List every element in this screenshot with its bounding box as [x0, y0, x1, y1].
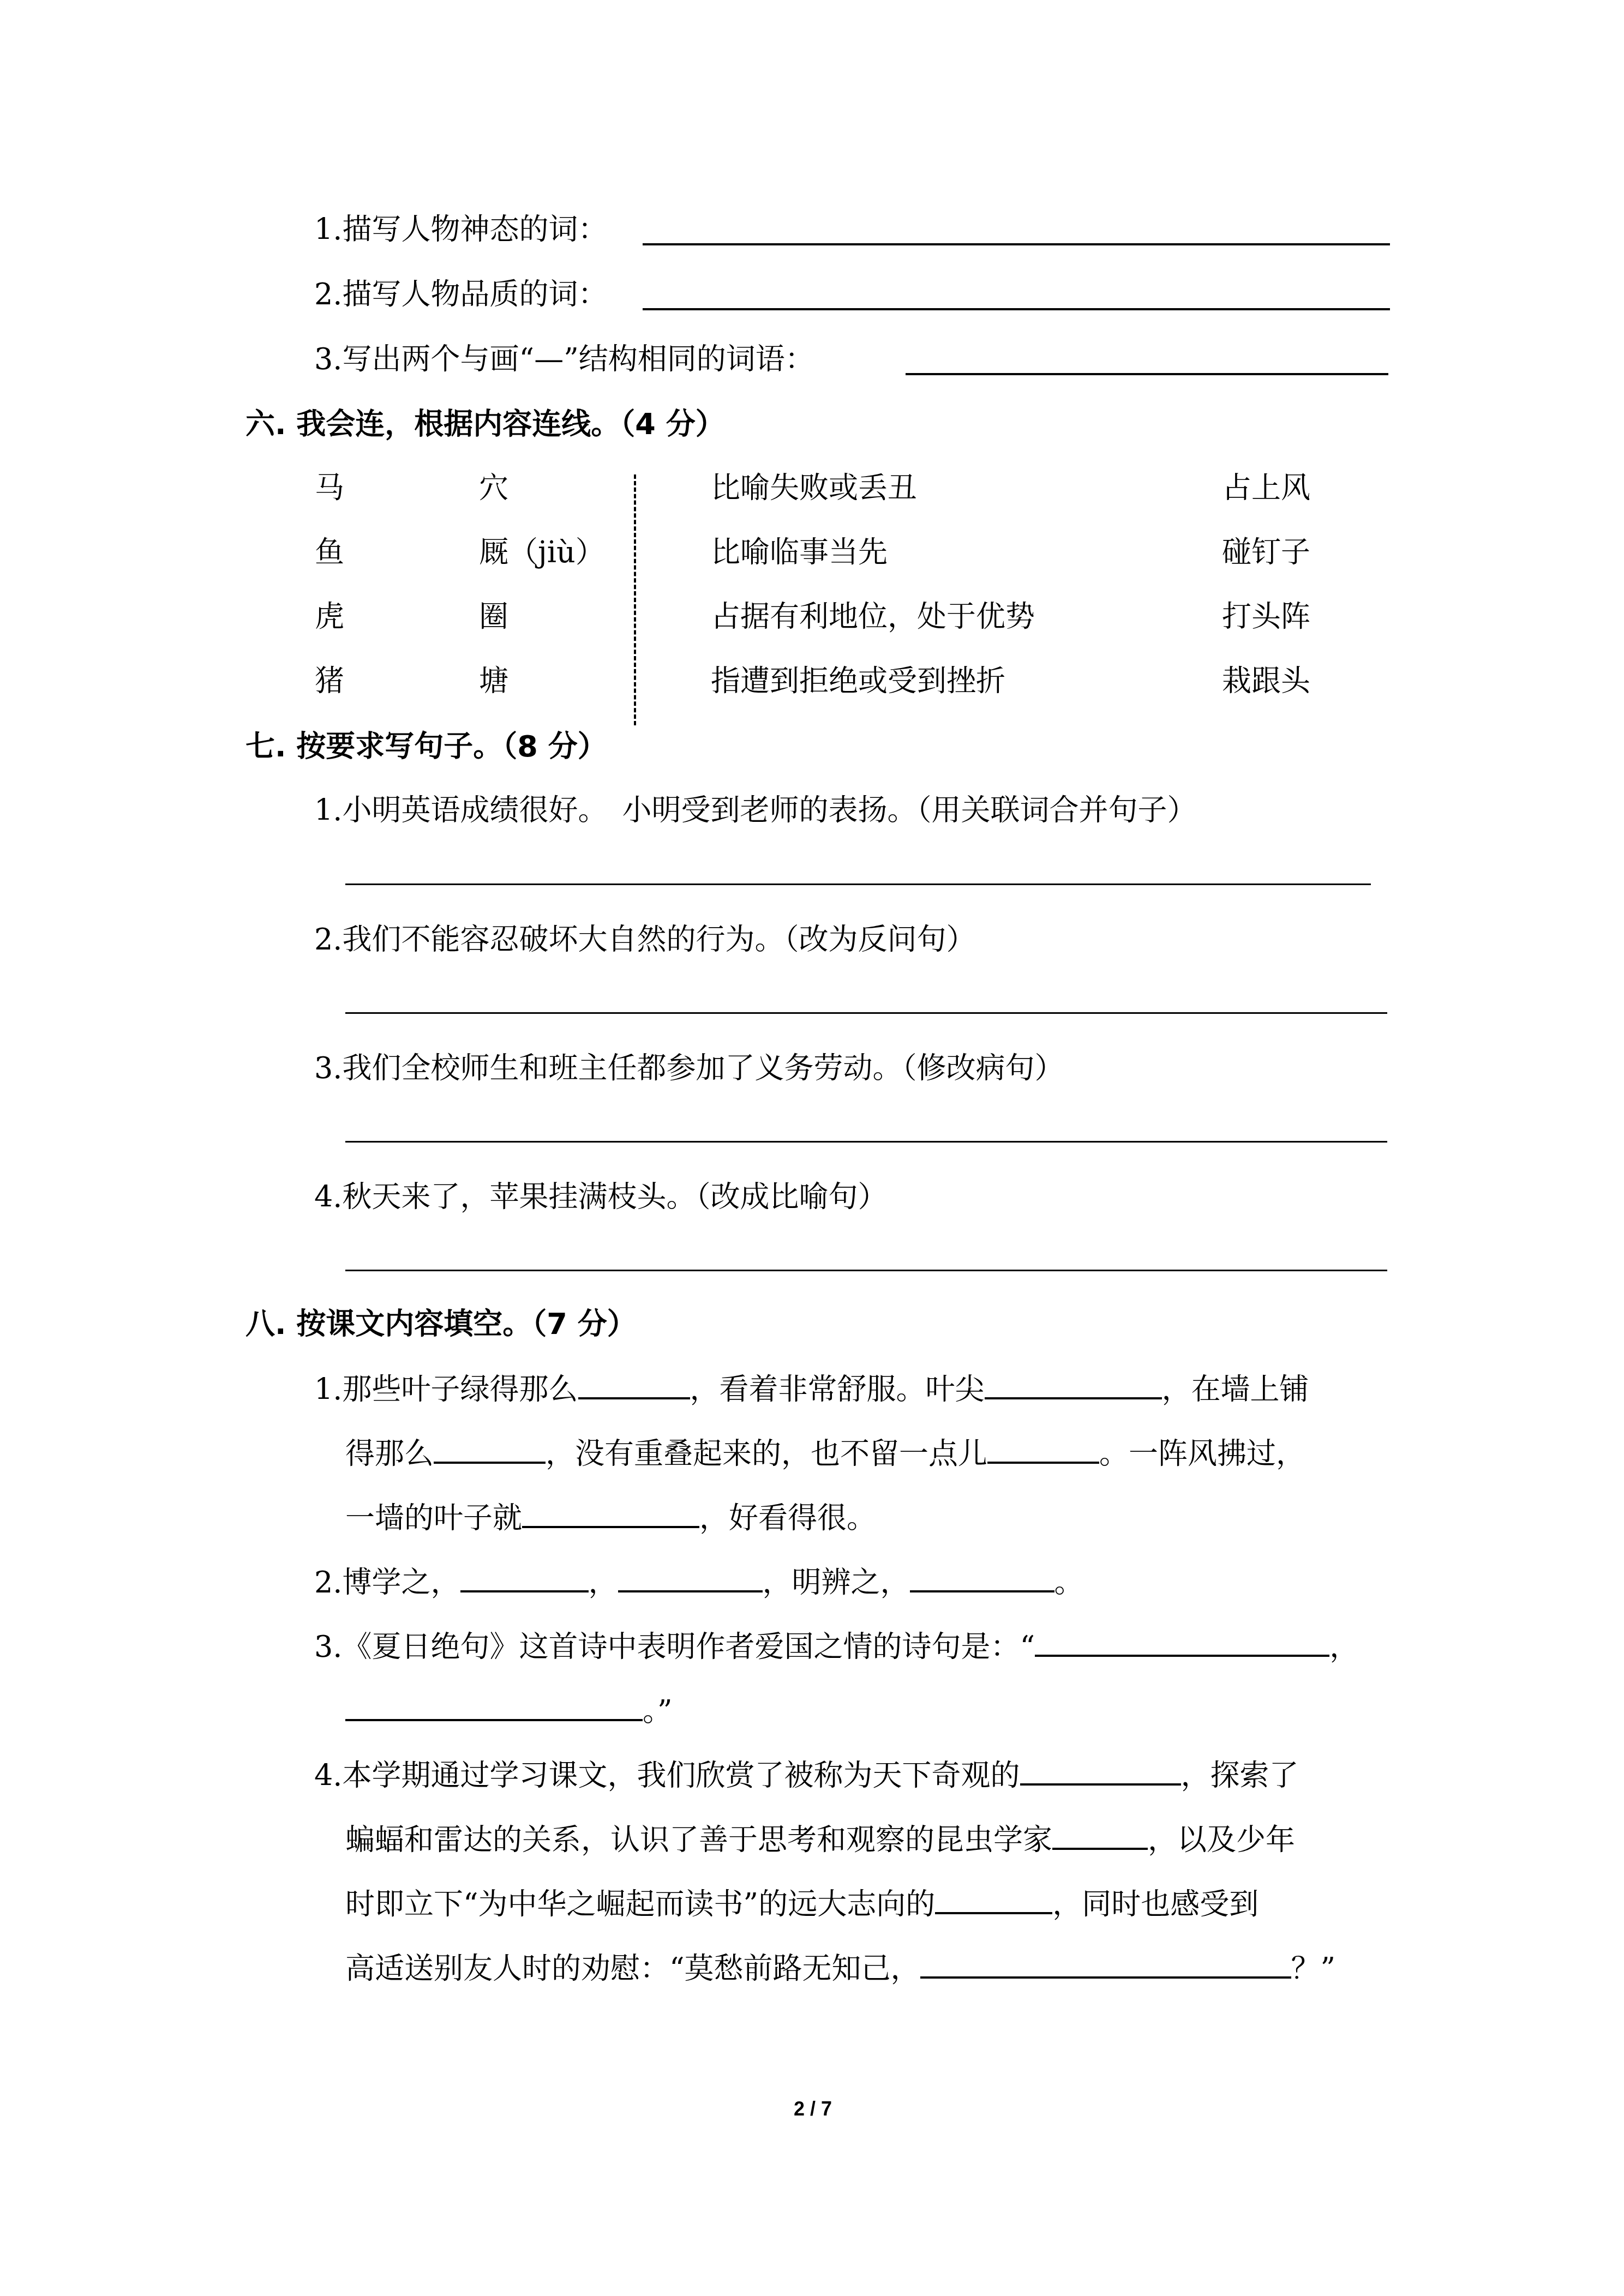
section-7-heading: 七. 按要求写句子。（8 分）	[245, 729, 607, 765]
blank-8-2-b[interactable]	[618, 1563, 763, 1592]
text-fragment: ，没有重叠起来的，也不留一点儿	[546, 1436, 987, 1471]
text-fragment: 时即立下“为中华之崛起而读书”的远大志向的	[345, 1887, 935, 1921]
blank-8-1-c[interactable]	[434, 1434, 546, 1464]
text-fragment: ，	[589, 1565, 618, 1600]
text-fragment: 1.那些叶子绿得那么	[314, 1372, 578, 1407]
blank-8-4-a[interactable]	[1020, 1756, 1181, 1786]
match-col4-item: 栽跟头	[1222, 663, 1310, 699]
text-fragment: ，以及少年	[1148, 1823, 1295, 1857]
text-fragment: 2.博学之，	[314, 1565, 460, 1600]
text-fragment: 4.本学期通过学习课文，我们欣赏了被称为天下奇观的	[314, 1758, 1020, 1793]
question-8-1-line2: 得那么，没有重叠起来的，也不留一点儿。一阵风拂过，	[345, 1434, 1305, 1472]
blank-8-4-b[interactable]	[1052, 1820, 1148, 1850]
match-col1-item: 猪	[315, 663, 344, 699]
text-fragment: 。”	[643, 1694, 673, 1728]
text-fragment: ，在墙上铺	[1162, 1372, 1309, 1407]
text-fragment: 得那么	[345, 1436, 434, 1471]
question-7-1: 1.小明英语成绩很好。 小明受到老师的表扬。（用关联词合并句子）	[314, 792, 1197, 828]
question-5-2-label: 2.描写人物品质的词：	[314, 277, 608, 312]
text-fragment: ，好看得很。	[699, 1501, 876, 1535]
question-8-3-line2: 。”	[345, 1692, 673, 1729]
question-8-3-line1: 3.《夏日绝句》这首诗中表明作者爱国之情的诗句是：“，	[314, 1627, 1359, 1665]
match-col1-item: 马	[315, 470, 344, 506]
text-fragment: 3.《夏日绝句》这首诗中表明作者爱国之情的诗句是：“	[314, 1630, 1035, 1664]
match-col2-item: 厩（jiù）	[479, 534, 605, 570]
blank-8-4-d[interactable]	[920, 1949, 1291, 1979]
question-5-3-label: 3.写出两个与画“—”结构相同的词语：	[314, 341, 814, 377]
match-col3-item: 占据有利地位，处于优势	[711, 599, 1035, 635]
question-7-4: 4.秋天来了，苹果挂满枝头。（改成比喻句）	[314, 1179, 888, 1215]
answer-line-5-1[interactable]	[643, 243, 1390, 245]
text-fragment: ，探索了	[1181, 1758, 1299, 1793]
text-fragment: 。	[1054, 1565, 1084, 1600]
match-col4-item: 占上风	[1222, 470, 1310, 506]
match-col4-item: 打头阵	[1222, 599, 1310, 635]
answer-line-7-2[interactable]	[345, 1012, 1387, 1014]
answer-line-5-2[interactable]	[643, 308, 1390, 310]
answer-line-7-3[interactable]	[345, 1141, 1387, 1143]
text-fragment: ，同时也感受到	[1052, 1887, 1259, 1921]
question-8-4-line2: 蝙蝠和雷达的关系，认识了善于思考和观察的昆虫学家，以及少年	[345, 1820, 1295, 1858]
blank-8-3-a[interactable]	[1035, 1627, 1329, 1657]
divider-dashed	[634, 474, 636, 725]
blank-8-1-d[interactable]	[987, 1434, 1099, 1464]
text-fragment: 。一阵风拂过，	[1099, 1436, 1305, 1471]
answer-line-5-3[interactable]	[906, 373, 1388, 375]
page-number: 2 / 7	[794, 2097, 832, 2120]
text-fragment: ，	[1329, 1630, 1359, 1664]
answer-line-7-1[interactable]	[345, 883, 1371, 885]
answer-line-7-4[interactable]	[345, 1270, 1387, 1271]
blank-8-3-b[interactable]	[345, 1692, 643, 1721]
text-fragment: 高适送别友人时的劝慰：“莫愁前路无知己，	[345, 1951, 920, 1986]
question-8-4-line1: 4.本学期通过学习课文，我们欣赏了被称为天下奇观的，探索了	[314, 1756, 1299, 1794]
section-8-heading: 八. 按课文内容填空。（7 分）	[245, 1306, 637, 1342]
blank-8-1-a[interactable]	[578, 1370, 690, 1399]
text-fragment: 蝙蝠和雷达的关系，认识了善于思考和观察的昆虫学家	[345, 1823, 1052, 1857]
question-8-2: 2.博学之，，，明辨之，。	[314, 1563, 1084, 1601]
blank-8-1-e[interactable]	[522, 1499, 699, 1528]
blank-8-2-a[interactable]	[460, 1563, 589, 1592]
match-col2-item: 穴	[479, 470, 508, 506]
text-fragment: ？”	[1291, 1951, 1336, 1986]
blank-8-4-c[interactable]	[935, 1885, 1052, 1914]
text-fragment: 一墙的叶子就	[345, 1501, 522, 1535]
match-col4-item: 碰钉子	[1222, 534, 1310, 570]
question-7-2: 2.我们不能容忍破坏大自然的行为。（改为反问句）	[314, 922, 976, 958]
match-col1-item: 虎	[315, 599, 344, 635]
blank-8-1-b[interactable]	[985, 1370, 1162, 1399]
question-5-1-label: 1.描写人物神态的词：	[314, 212, 608, 248]
match-col3-item: 指遭到拒绝或受到挫折	[711, 663, 1005, 699]
question-8-1-line3: 一墙的叶子就，好看得很。	[345, 1499, 876, 1536]
match-col2-item: 圈	[479, 599, 508, 635]
section-6-heading: 六. 我会连，根据内容连线。（4 分）	[245, 406, 725, 442]
question-8-4-line3: 时即立下“为中华之崛起而读书”的远大志向的，同时也感受到	[345, 1885, 1259, 1922]
question-8-4-line4: 高适送别友人时的劝慰：“莫愁前路无知己，？”	[345, 1949, 1335, 1987]
question-8-1-line1: 1.那些叶子绿得那么，看着非常舒服。叶尖，在墙上铺	[314, 1370, 1309, 1408]
match-col3-item: 比喻失败或丢丑	[711, 470, 917, 506]
match-col2-item: 塘	[479, 663, 508, 699]
match-col1-item: 鱼	[315, 534, 344, 570]
match-col3-item: 比喻临事当先	[711, 534, 888, 570]
text-fragment: ，看着非常舒服。叶尖	[690, 1372, 985, 1407]
question-7-3: 3.我们全校师生和班主任都参加了义务劳动。（修改病句）	[314, 1050, 1064, 1086]
text-fragment: ，明辨之，	[763, 1565, 910, 1600]
blank-8-2-c[interactable]	[910, 1563, 1054, 1592]
